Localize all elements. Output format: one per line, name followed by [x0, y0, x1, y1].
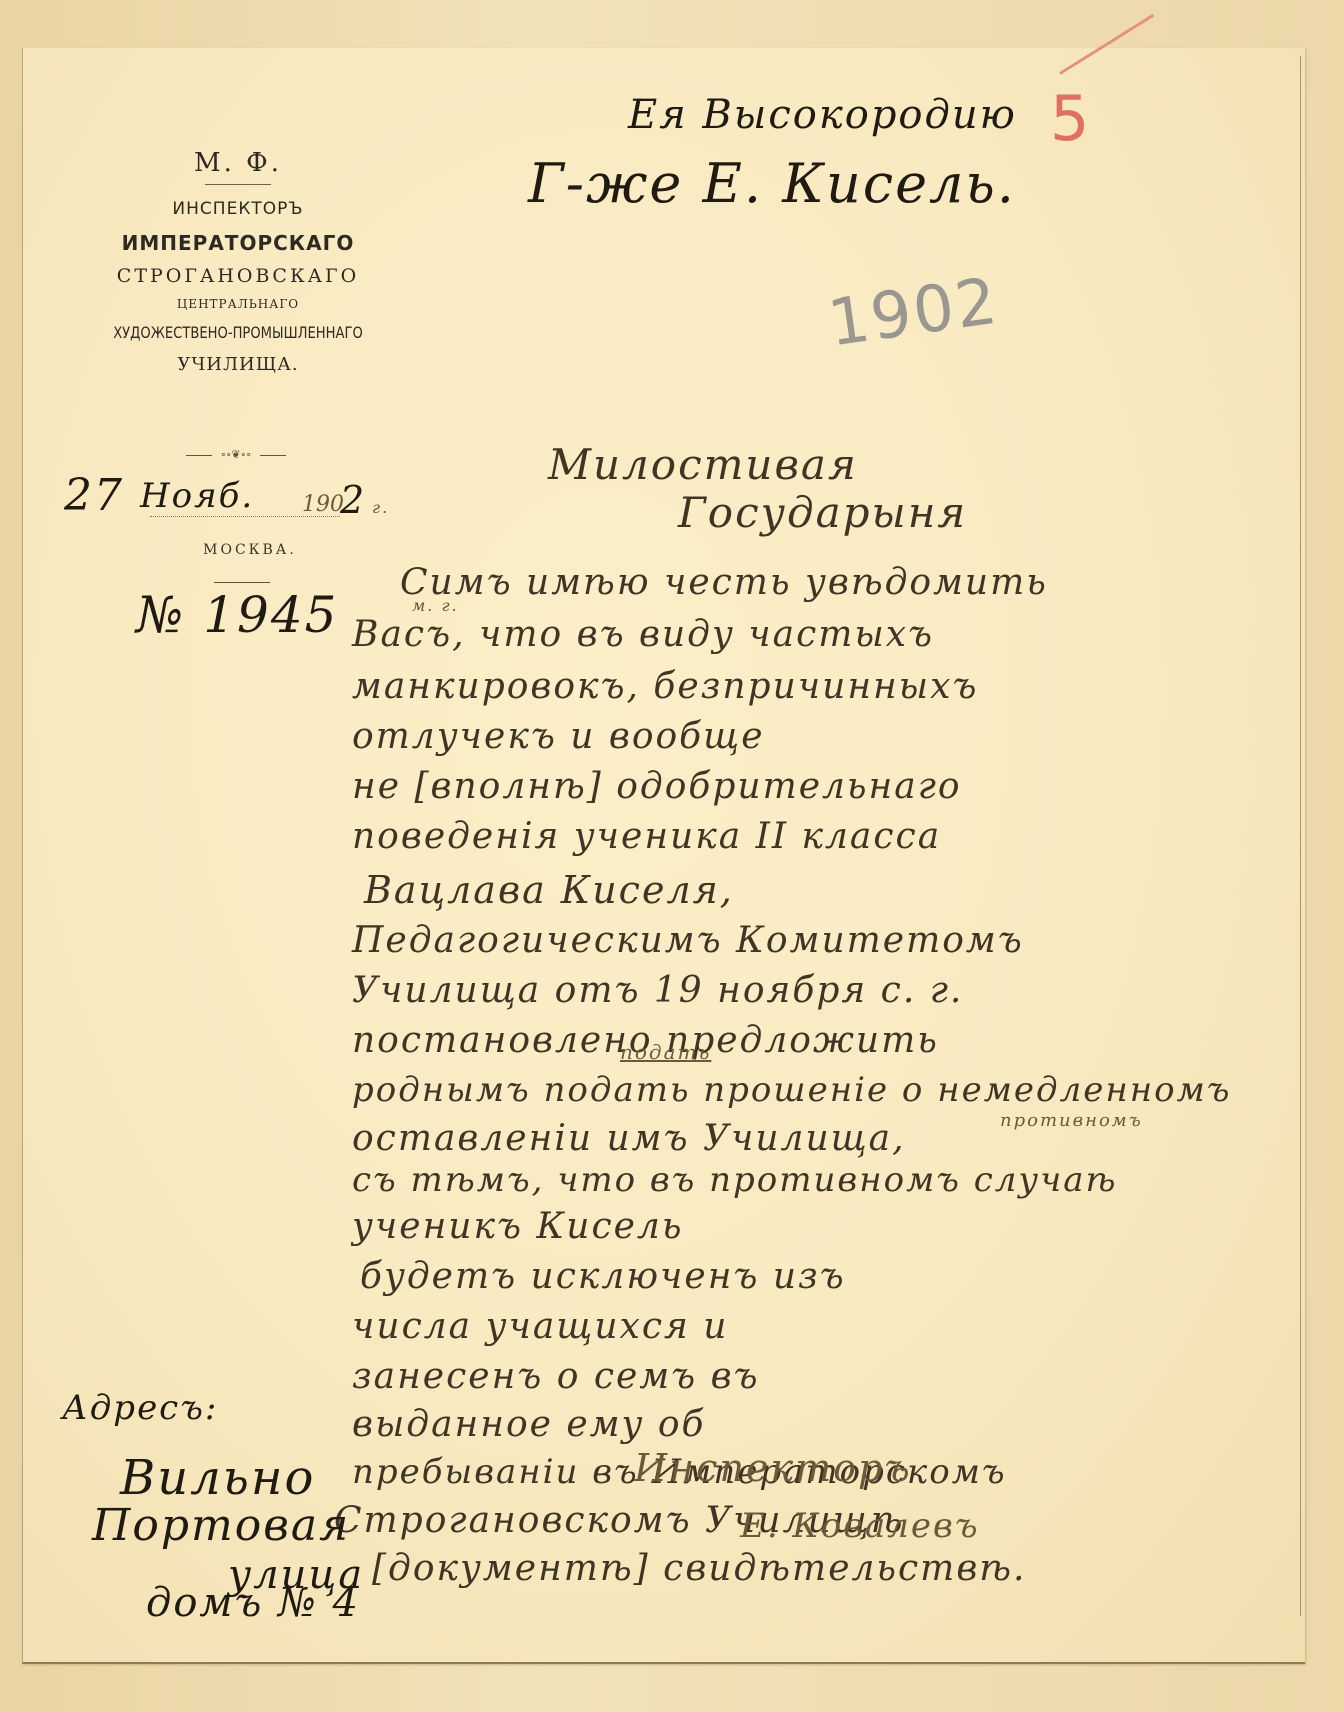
letterhead-title: ИНСПЕКТОРЪ	[58, 199, 418, 219]
letterhead-central: ЦЕНТРАЛЬНАГО	[58, 297, 418, 311]
addressee-line-2: Г-же Е. Кисель.	[528, 152, 1016, 215]
body-line-13: съ тѣмъ, что въ противномъ случаѣ	[352, 1160, 1118, 1200]
letterhead: М. Ф. ИНСПЕКТОРЪ ИМПЕРАТОРСКАГО СТРОГАНО…	[58, 148, 418, 375]
body-line-21: [документѣ] свидѣтельствѣ.	[372, 1548, 1026, 1589]
body-line-9: Училища отъ 19 ноября с. г.	[352, 970, 963, 1011]
address-label: Адресъ:	[62, 1388, 218, 1428]
insertion-podat: подать	[620, 1040, 711, 1064]
body-line-12: оставленіи имъ Училища,	[352, 1118, 906, 1159]
addressee-line-1: Ея Высокородию	[628, 92, 1017, 138]
letterhead-imperial: ИМПЕРАТОРСКАГО	[58, 231, 418, 255]
body-line-6: поведенія ученика II класса	[352, 816, 941, 857]
salutation-line-2: Государыня	[678, 488, 967, 537]
letterhead-school: УЧИЛИЩА.	[58, 354, 418, 375]
body-line-11: роднымъ подать прошеніе о немедленномъ	[352, 1070, 1231, 1110]
body-line-8: Педагогическимъ Комитетомъ	[352, 920, 1024, 961]
body-line-3: манкировокъ, безпричинныхъ	[352, 666, 978, 707]
body-line-16: числа учащихся и	[352, 1306, 728, 1347]
body-line-17: занесенъ о семъ въ	[352, 1356, 760, 1397]
address-city: Вильно	[120, 1450, 315, 1506]
letterhead-rule	[205, 184, 271, 185]
salutation-line-1: Милостивая	[548, 440, 858, 489]
body-line-15: будетъ исключенъ изъ	[360, 1256, 846, 1297]
address-house: домъ № 4	[146, 1580, 360, 1626]
city-moscow: МОСКВА.	[160, 542, 340, 558]
date-year-suffix: 2	[340, 478, 366, 522]
letterhead-initials: М. Ф.	[58, 148, 418, 178]
date-year-abbrev: г.	[372, 498, 389, 517]
body-line-1: Симъ имѣю честь увѣдомить	[400, 562, 1048, 603]
city-rule	[214, 582, 270, 583]
insertion-protivnom: противномъ	[1000, 1110, 1143, 1131]
date-year-prefix: 190	[302, 492, 344, 517]
body-line-14: ученикъ Кисель	[352, 1206, 683, 1247]
body-line-5: не [вполнѣ] одобрительнаго	[352, 766, 962, 807]
archive-mark-red: 5	[1050, 82, 1091, 155]
body-line-2: Васъ, что въ виду частыхъ	[352, 614, 934, 655]
signature: Е. Ковалевъ	[740, 1506, 980, 1546]
ornament-divider: ∘∘❦∘∘	[186, 448, 286, 461]
body-line-18: выданное ему об	[352, 1404, 706, 1445]
closing-title: Инспекторъ	[634, 1446, 912, 1490]
date-month: Нояб.	[140, 476, 254, 516]
sheet-edge	[1300, 56, 1301, 1616]
letterhead-art-industrial: ХУДОЖЕСТВЕНО-ПРОМЫШЛЕННАГО	[90, 323, 385, 342]
body-line-4: отлучекъ и вообще	[352, 716, 765, 757]
address-street: Портовая	[92, 1500, 350, 1551]
document-number: № 1945	[136, 586, 338, 644]
body-line-7: Вацлава Киселя,	[364, 868, 734, 912]
insertion-mg: м. г.	[412, 596, 459, 615]
letterhead-stroganov: СТРОГАНОВСКАГО	[58, 265, 418, 287]
date-day: 27	[64, 470, 124, 521]
